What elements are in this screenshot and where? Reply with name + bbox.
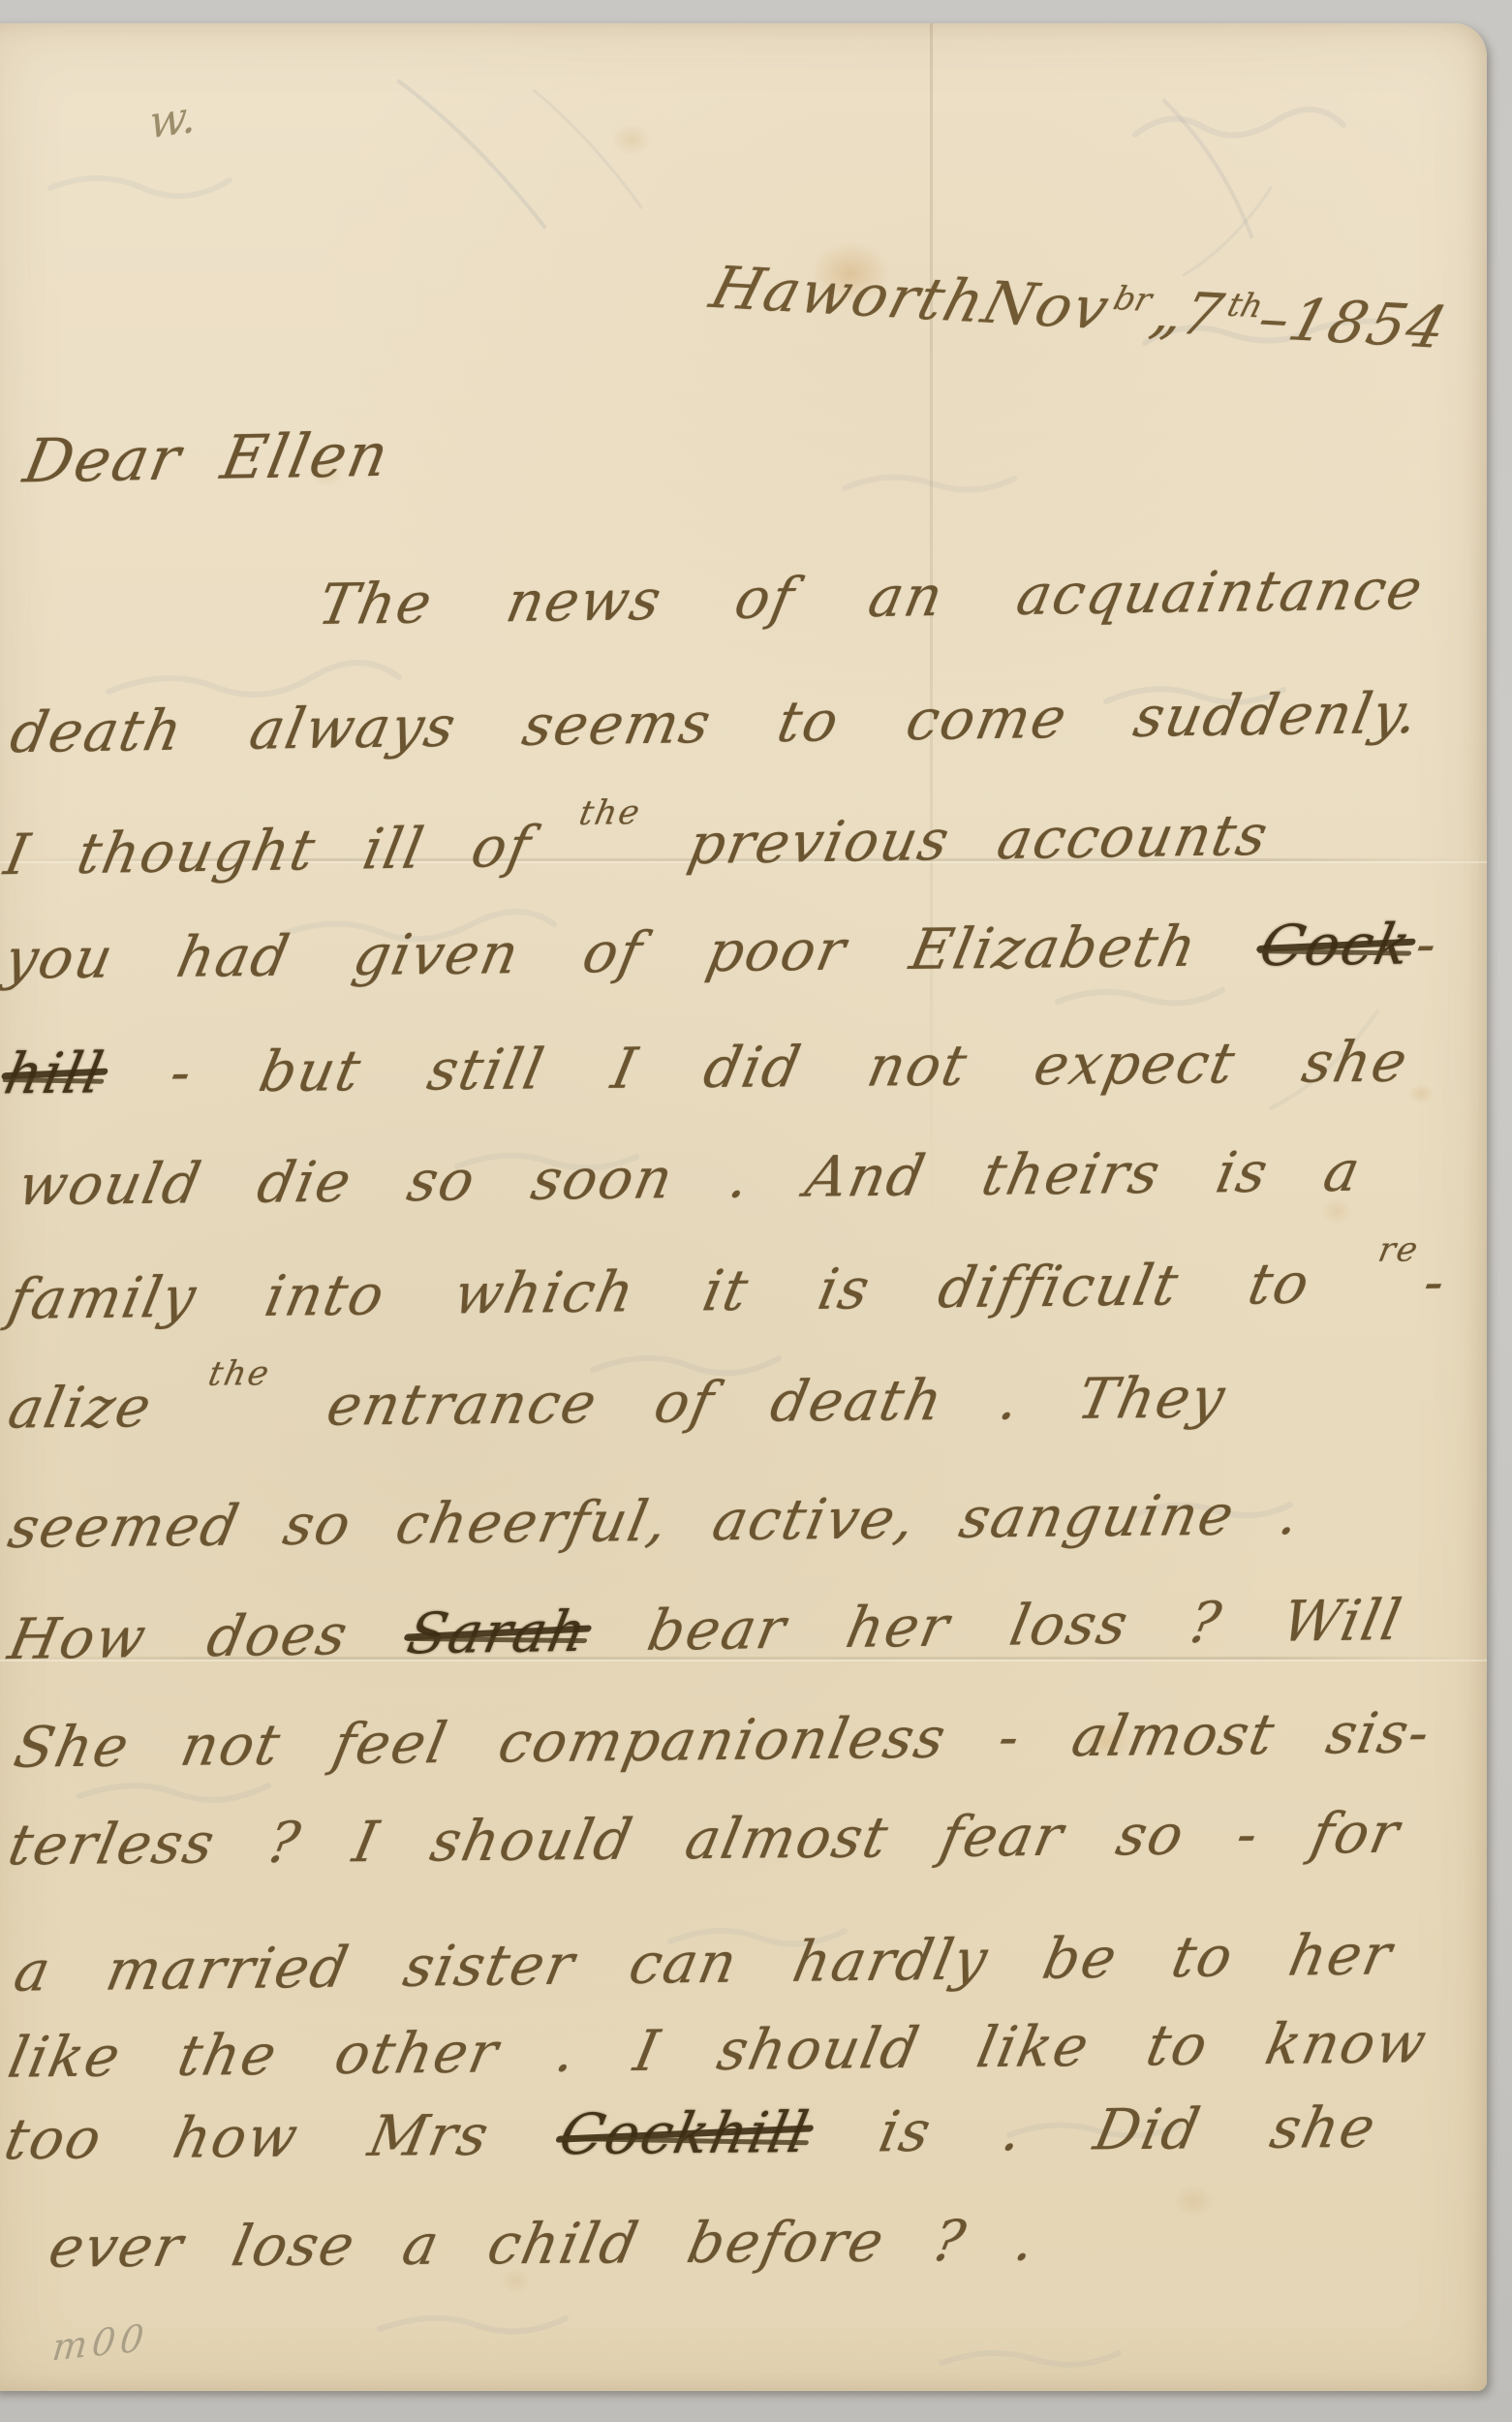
word: you: [6, 925, 114, 992]
word: still: [429, 1036, 544, 1102]
word: I: [6, 822, 31, 887]
word: Ellen: [223, 419, 390, 493]
word: a: [15, 1938, 51, 2003]
word: -: [999, 1704, 1020, 1770]
word: too: [6, 2105, 103, 2172]
letter-line: familyintowhichitisdifficulttore-: [10, 1249, 1445, 1332]
word: ever: [50, 2214, 184, 2281]
word: seemed: [10, 1492, 240, 1560]
word: does: [207, 1601, 348, 1669]
letter-line: HowdoesSarahbearherloss?Will: [10, 1587, 1403, 1672]
word: ?: [934, 2208, 967, 2274]
letter-line: deathalwaysseemstocomesuddenly.: [12, 680, 1420, 765]
word: active,: [713, 1485, 915, 1553]
word: of: [736, 565, 795, 632]
letter-line: alizetheentranceofdeath.They: [10, 1365, 1226, 1442]
word: of: [655, 1369, 714, 1436]
word: a: [404, 2212, 440, 2278]
word: other: [336, 2019, 499, 2087]
word: terless: [10, 1810, 215, 1878]
letter-line: seemedsocheerful,active,sanguine.: [10, 1481, 1301, 1561]
letter-line: toohowMrsCockhillis.Didshe: [6, 2095, 1377, 2172]
word: Haworth: [711, 254, 986, 337]
word: given: [355, 920, 520, 988]
word: bear: [648, 1596, 787, 1663]
word: How: [10, 1604, 147, 1672]
word: ?: [268, 1810, 301, 1876]
word: re-: [1379, 1249, 1445, 1316]
pencil-mark-bottom-left: m00: [50, 2315, 151, 2369]
word: lose: [232, 2212, 355, 2279]
word: the: [209, 1373, 270, 1413]
word: Dear: [24, 422, 181, 496]
word: so: [1117, 1802, 1184, 1869]
word: .: [557, 2019, 577, 2085]
word: Cock-: [1261, 911, 1436, 978]
word: theirs: [982, 1140, 1160, 1208]
word: is: [1218, 1139, 1269, 1206]
word: should: [719, 2015, 920, 2083]
word: before: [689, 2209, 884, 2276]
word: not: [182, 1712, 281, 1779]
scanned-letter-page: w. m00 HaworthNovbr„7th–1854DearEllenThe…: [0, 0, 1512, 2422]
word: sister: [404, 1932, 574, 2000]
word: alize: [10, 1374, 152, 1441]
word: thought: [78, 817, 317, 886]
word: .: [1280, 1481, 1300, 1547]
word: And: [807, 1142, 926, 1209]
word: her: [1289, 1921, 1392, 1988]
word: fear: [941, 1803, 1065, 1870]
word: companionless: [500, 1705, 946, 1776]
word: suddenly.: [1134, 680, 1419, 750]
word: 7th: [1182, 280, 1261, 352]
dateline: HaworthNovbr„7th–1854: [711, 254, 1413, 360]
word: news: [507, 567, 662, 635]
word: is: [880, 2098, 932, 2164]
word: is: [818, 1256, 870, 1322]
word: hardly: [793, 1926, 988, 1994]
word: to: [1173, 1923, 1234, 1990]
word: be: [1043, 1925, 1117, 1992]
letter-line: Ithoughtillofthepreviousaccounts: [6, 802, 1269, 887]
word: Will: [1282, 1587, 1402, 1655]
word: Cockhill: [561, 2099, 810, 2167]
word: did: [705, 1034, 801, 1101]
word: how: [173, 2104, 298, 2171]
word: death: [12, 698, 184, 765]
letter-paper-sheet: w. m00 HaworthNovbr„7th–1854DearEllenThe…: [0, 23, 1487, 2391]
word: like: [10, 2023, 121, 2090]
word: accounts: [998, 802, 1268, 872]
word: child: [489, 2210, 639, 2277]
word: she: [1303, 1029, 1407, 1096]
word: it: [704, 1258, 750, 1324]
letter-line: everloseachildbefore?.: [50, 2207, 1035, 2280]
word: previous: [689, 807, 950, 877]
word: almost: [686, 1804, 888, 1872]
word: .: [1015, 2207, 1035, 2273]
word: an: [869, 563, 943, 630]
word: family: [10, 1264, 198, 1332]
word: -: [171, 1040, 193, 1105]
letter-line: terless?Ishouldalmostfearso-for: [10, 1800, 1401, 1879]
word: of: [584, 919, 643, 986]
word: Sarah: [409, 1599, 588, 1667]
letter-line: hill-butstillIdidnotexpectshe: [6, 1029, 1408, 1107]
letter-line: Thenewsofanacquaintance: [320, 556, 1424, 637]
word: The: [320, 570, 433, 637]
word: like: [977, 2013, 1089, 2080]
word: but: [261, 1038, 361, 1104]
word: I: [635, 2018, 661, 2084]
word: Elizabeth: [910, 914, 1196, 982]
word: die: [258, 1149, 352, 1216]
letter-line: woulddiesosoon.Andtheirsisa: [19, 1138, 1362, 1218]
word: ill: [364, 815, 425, 882]
word: Mrs: [370, 2102, 489, 2169]
word: her: [847, 1593, 949, 1660]
word: which: [454, 1258, 634, 1326]
word: I: [612, 1036, 637, 1102]
word: sanguine: [961, 1482, 1235, 1551]
word: expect: [1035, 1030, 1236, 1098]
word: come: [907, 685, 1067, 753]
word: of: [473, 814, 532, 881]
word: .: [1001, 1366, 1021, 1432]
word: the: [579, 812, 641, 852]
salutation: DearEllen: [24, 419, 389, 497]
word: to: [1148, 2012, 1209, 2079]
word: not: [869, 1033, 968, 1100]
word: married: [107, 1934, 349, 2003]
pencil-mark-top-left: w.: [148, 89, 197, 149]
word: death: [772, 1367, 943, 1435]
word: difficult: [940, 1252, 1180, 1320]
word: cheerful,: [396, 1488, 668, 1557]
letter-line: liketheother.Ishouldliketoknow: [10, 2009, 1428, 2090]
word: sis-: [1328, 1699, 1431, 1766]
word: loss: [1010, 1591, 1128, 1659]
word: for: [1311, 1800, 1400, 1867]
word: almost: [1073, 1701, 1276, 1769]
letter-line: amarriedsistercanhardlybetoher: [15, 1921, 1393, 2003]
word: They: [1078, 1365, 1225, 1432]
word: .: [729, 1144, 750, 1210]
word: to: [779, 688, 840, 755]
word: should: [432, 1807, 633, 1875]
word: 1854: [1288, 286, 1447, 362]
word: feel: [333, 1710, 447, 1777]
word: so: [409, 1147, 476, 1214]
word: the: [179, 2022, 278, 2089]
word: always: [250, 694, 456, 762]
word: would: [19, 1150, 201, 1218]
letter-line: youhadgivenofpoorElizabethCock-: [6, 911, 1437, 991]
word: I: [354, 1809, 379, 1875]
word: ?: [1189, 1590, 1222, 1656]
word: poor: [708, 917, 847, 984]
word: a: [1325, 1138, 1361, 1204]
word: Novbr„: [982, 269, 1186, 348]
word: had: [178, 923, 291, 990]
word: can: [631, 1930, 738, 1997]
word: she: [1272, 2095, 1376, 2161]
letter-line: Shenotfeelcompanionless-almostsis-: [15, 1699, 1432, 1780]
word: so: [285, 1491, 352, 1558]
word: Did: [1095, 2096, 1201, 2162]
word: know: [1266, 2009, 1427, 2077]
word: hill: [6, 1040, 105, 1106]
word: soon: [532, 1145, 673, 1213]
word: -: [1237, 1801, 1258, 1867]
word: .: [1003, 2097, 1024, 2163]
word: entrance: [328, 1370, 598, 1438]
word: into: [266, 1261, 386, 1328]
word: acquaintance: [1017, 556, 1423, 628]
word: to: [1249, 1251, 1310, 1318]
word: She: [15, 1713, 130, 1780]
word: seems: [524, 690, 712, 759]
